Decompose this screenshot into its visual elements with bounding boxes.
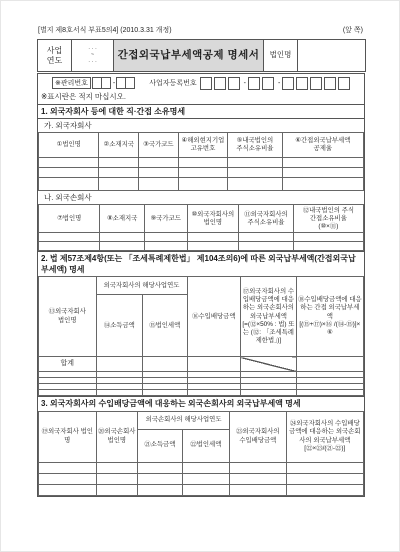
period-end-dots: · · · <box>72 59 113 65</box>
table-row <box>39 233 364 242</box>
mgmt-no-label: ※관리번호 <box>52 77 91 89</box>
table-row <box>39 242 364 251</box>
biz-reg-box <box>248 77 260 90</box>
page-side-label: (앞 쪽) <box>343 25 363 35</box>
col-header-share-ratio: ⑤내국법인의 주식소유비율 <box>228 133 283 158</box>
biz-reg-no-boxes <box>200 77 242 90</box>
form-reference: [별지 제8호서식 부표5의4] (2010.3.31 개정) <box>38 25 172 35</box>
table-row <box>39 178 364 191</box>
biz-reg-no-label: 사업자등록번호 <box>149 78 196 88</box>
section1-title: 1. 외국자회사 등에 대한 직·간접 소유명세 <box>38 104 364 119</box>
biz-reg-box <box>282 77 294 90</box>
col-header-indirect-share-ratio: ⑫내국법인의 주식 간접소유비율 (⑩×⑪) <box>293 205 363 233</box>
section2-title: 2. 법 제57조제4항(또는 「조세특례제한법」 제104조의6)에 따른 외… <box>38 251 364 276</box>
biz-reg-box <box>296 77 308 90</box>
biz-reg-box <box>214 77 226 90</box>
col-header-grandsubsidiary-name: ⑳외국손회사 법인명 <box>96 411 138 462</box>
form-body: ※관리번호 - 사업자등록번호 - - ※표시란은 적지 마십시오. 1. 외 <box>37 73 365 497</box>
col-header-corp-name: ⑦법인명 <box>39 205 100 233</box>
col-header-grandsub-foreign-tax: ⑰외국자회사의 수입배당금액에 대응하는 외국손회사의 외국납부세액 [=(⑫×… <box>241 277 297 357</box>
col-header-subsidiary-share-ratio: ⑪외국자회사의 주식소유비율 <box>239 205 294 233</box>
col-header-credit-ratio: ⑥간접외국납부세액 공제율 <box>282 133 363 158</box>
biz-reg-box <box>228 77 240 90</box>
col-header-corresponding-foreign-tax: ㉔외국자회사의 수입배당금액에 대응하는 외국손회사의 외국납부세액 [㉒×㉓/… <box>286 411 363 462</box>
table-row <box>39 168 364 178</box>
total-row: 합계 <box>39 357 364 372</box>
form-title: 간접외국납부세액공제 명세서 <box>114 40 264 72</box>
business-year-label: 사업 연도 <box>38 40 72 72</box>
table-row <box>39 462 364 473</box>
col-header-business-year-group: 외국자회사의 해당사업연도 <box>96 277 187 295</box>
col-header-income-amount: ㉑소득금액 <box>138 429 183 462</box>
scanned-tax-form: [별지 제8호서식 부표5의4] (2010.3.31 개정) (앞 쪽) 사업… <box>0 0 400 552</box>
biz-reg-box <box>324 77 336 90</box>
col-header-country: ②소재지국 <box>99 133 139 158</box>
col-header-corporate-tax: ⑮법인세액 <box>142 295 187 357</box>
control-number-row: ※관리번호 - 사업자등록번호 - - <box>38 74 364 91</box>
mgmt-no-box <box>101 77 111 89</box>
biz-reg-no-boxes <box>248 77 276 90</box>
section1b-label: 나. 외국손회사 <box>38 191 364 204</box>
total-label: 합계 <box>39 357 97 372</box>
col-header-corp-name: ①법인명 <box>39 133 99 158</box>
table-row <box>39 158 364 168</box>
biz-reg-separator: - <box>278 80 280 87</box>
col-header-overseas-id: ④해외현지기업 고유번호 <box>178 133 227 158</box>
col-header-country: ⑧소재지국 <box>100 205 145 233</box>
form-header-table: 사업 연도 · · · ~ · · · 간접외국납부세액공제 명세서 법인명 <box>37 39 366 72</box>
col-header-subsidiary-name: ⑬외국자회사 법인명 <box>39 277 97 357</box>
col-header-indirect-foreign-tax: ⑱수입배당금액에 대응하는 간접 외국납부세액 [(⑮+⑰)×⑯ /(⑭-⑮)]… <box>296 277 363 357</box>
corp-name-label: 법인명 <box>264 40 298 72</box>
col-header-business-year-group: 외국손회사의 해당사업연도 <box>138 411 230 429</box>
mgmt-no-separator: - <box>113 80 115 87</box>
biz-reg-box <box>310 77 322 90</box>
col-header-country-code: ③국가코드 <box>139 133 179 158</box>
col-header-income-amount: ⑭소득금액 <box>96 295 142 357</box>
section3-title: 3. 외국자회사의 수입배당금액에 대응하는 외국손회사의 외국납부세액 명세 <box>38 396 364 410</box>
col-header-dividend-income: ⑯수입배당금액 <box>187 277 241 357</box>
do-not-write-note: ※표시란은 적지 마십시오. <box>38 91 364 104</box>
col-header-dividend-income: ㉓외국자회사의 수입배당금액 <box>230 411 287 462</box>
corp-name-field <box>298 40 366 72</box>
col-header-subsidiary-name: ⑩외국자회사의 법인명 <box>187 205 239 233</box>
table-row <box>39 390 364 396</box>
table-row <box>39 484 364 495</box>
mgmt-no-boxes <box>93 77 111 89</box>
section1a-label: 가. 외국자회사 <box>38 119 364 132</box>
col-header-country-code: ⑨국가코드 <box>144 205 187 233</box>
table-row <box>39 473 364 484</box>
grandsubsidiary-foreign-tax-table: ⑲외국자회사 법인명 ⑳외국손회사 법인명 외국손회사의 해당사업연도 ㉓외국자… <box>38 411 364 496</box>
foreign-subsidiary-ownership-table: ①법인명 ②소재지국 ③국가코드 ④해외현지기업 고유번호 ⑤내국법인의 주식소… <box>38 132 364 191</box>
col-header-subsidiary-name: ⑲외국자회사 법인명 <box>39 411 97 462</box>
diagonal-strikethrough-cell <box>241 357 297 372</box>
biz-reg-box <box>262 77 274 90</box>
biz-reg-box <box>200 77 212 90</box>
top-reference-line: [별지 제8호서식 부표5의4] (2010.3.31 개정) (앞 쪽) <box>38 25 363 35</box>
col-header-corporate-tax: ㉒법인세액 <box>182 429 229 462</box>
foreign-grandsubsidiary-ownership-table: ⑦법인명 ⑧소재지국 ⑨국가코드 ⑩외국자회사의 법인명 ⑪외국자회사의 주식소… <box>38 204 364 251</box>
biz-reg-no-boxes <box>282 77 352 90</box>
foreign-tax-paid-detail-table: ⑬외국자회사 법인명 외국자회사의 해당사업연도 ⑯수입배당금액 ⑰외국자회사의… <box>38 276 364 396</box>
biz-reg-separator: - <box>244 80 246 87</box>
mgmt-no-box <box>125 77 135 89</box>
business-year-period: · · · ~ · · · <box>72 40 114 72</box>
mgmt-no-boxes <box>117 77 135 89</box>
biz-reg-box <box>338 77 350 90</box>
